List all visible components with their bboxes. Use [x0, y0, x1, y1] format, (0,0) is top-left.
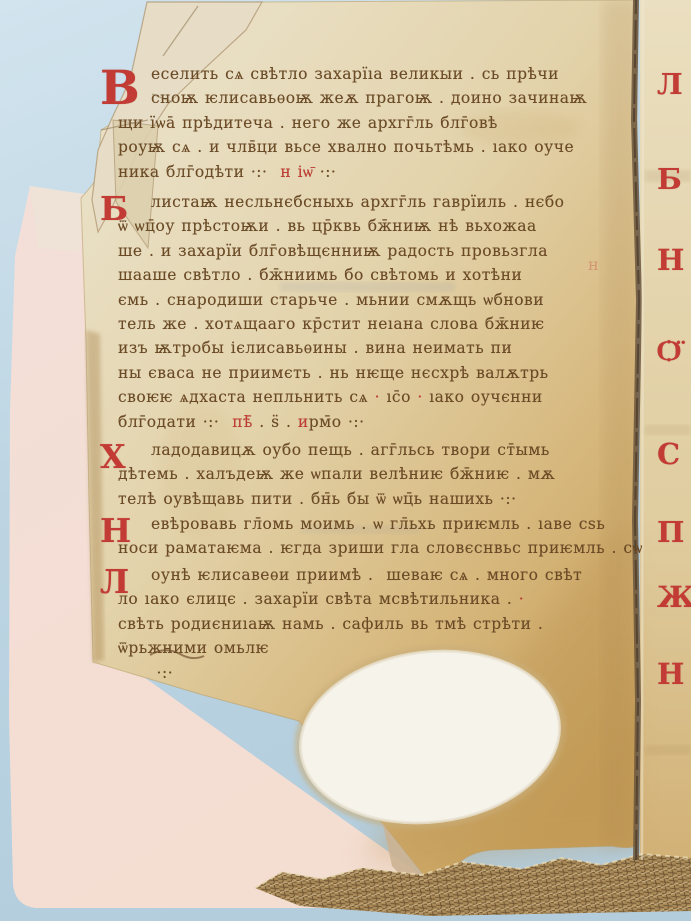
text-line: ло ıако єлицє . захарїи свѣта мсвѣтильни… — [118, 587, 638, 611]
body-text: сноѭ ѥлисавьѳоѭ жеѫ прагоѭ . доино зачин… — [151, 89, 587, 107]
gutter-highlight — [642, 0, 643, 860]
manuscript-paragraph: Блистаѭ несльнєбсныхь архгг̄ль гаврїиль … — [118, 190, 638, 434]
body-text: рм̄о ·:· — [309, 413, 365, 431]
body-text: ло ıако єлицє . захарїи свѣта мсвѣтильни… — [118, 590, 512, 608]
body-text: шааше свѣтло . бж̄ниимь бо свѣтомь и хот… — [118, 266, 522, 284]
body-text: ѿрьжними омьлѥ — [118, 639, 269, 657]
text-line: ны єваса не приимєть . нь нѥще нєсхрѣ ва… — [118, 361, 638, 385]
next-page-initial: Ѻ̈ — [657, 336, 681, 365]
manuscript-paragraph: Невѣровавь гл̄омь моимь . ѡ гл̄ьхь приѥм… — [118, 512, 638, 561]
text-line: роуѭ сѧ . и члв̄ци вьсе хвално почьтѣмь … — [118, 135, 638, 159]
body-text: роуѭ сѧ . и члв̄ци вьсе хвално почьтѣмь … — [118, 138, 574, 156]
text-line: тель же . хотѧщааго кр̄стит неıана слова… — [118, 312, 638, 336]
text-line: ника блг̄одѣти ·:· н іѡ̄ ·:· — [118, 160, 638, 184]
manuscript-paragraph: Лоунѣ ѥлисавеѳи приимѣ . шеваѥ сѧ . мног… — [118, 563, 638, 685]
body-text: ємь . снародиши старьче . мьнии смѫщь ѡб… — [118, 291, 544, 309]
body-text: ника блг̄одѣти ·:· — [118, 163, 280, 181]
next-page-initial: Л — [657, 70, 683, 99]
text-line: изъ ѭтробы ієлисавьѳины . вина неимать п… — [118, 336, 638, 360]
body-text: оунѣ ѥлисавеѳи приимѣ . шеваѥ сѧ . много… — [151, 566, 582, 584]
text-line: блг̄одати ·:· пѣ̄ . ѕ̈ . ирм̄о ·:· — [118, 410, 638, 434]
body-text: ѿ ѡц̄оу прѣстоѭи . вь цр̄квь бж̄ниѭ нѣ в… — [118, 217, 537, 235]
next-page-initial: С — [657, 440, 680, 469]
body-text: еселить сѧ свѣтло захарїıа великыи . сь … — [151, 65, 559, 83]
body-text: евѣровавь гл̄омь моимь . ѡ гл̄ьхь приѥмл… — [151, 515, 605, 533]
body-text: щи їѡа̄ прѣдитеча . него же архгг̄ль блг… — [118, 114, 498, 132]
body-text: . ѕ̈ . — [253, 413, 298, 431]
body-text: ше . и захарїи блг̄овѣщєнниѭ радость про… — [118, 242, 548, 260]
text-line: еселить сѧ свѣтло захарїıа великыи . сь … — [118, 62, 638, 86]
text-line: свѣть родиєниıаѭ намь . сафиль вь тмѣ ст… — [118, 612, 638, 636]
next-page-initial: Ж — [657, 583, 691, 612]
text-line: шааше свѣтло . бж̄ниимь бо свѣтомь и хот… — [118, 263, 638, 287]
next-page-initial: Н — [657, 246, 684, 275]
text-line: оунѣ ѥлисавеѳи приимѣ . шеваѥ сѧ . много… — [118, 563, 638, 587]
rubric-text: пѣ̄ — [232, 413, 253, 431]
text-line: ѿ ѡц̄оу прѣстоѭи . вь цр̄квь бж̄ниѭ нѣ в… — [118, 214, 638, 238]
text-line: сноѭ ѥлисавьѳоѭ жеѫ прагоѭ . доино зачин… — [118, 86, 638, 110]
text-line: ємь . снародиши старьче . мьнии смѫщь ѡб… — [118, 288, 638, 312]
text-line: носи раматаѥма . ѥгда зриши гла словєснв… — [118, 536, 638, 560]
body-text: листаѭ несльнєбсныхь архгг̄ль гаврїиль .… — [151, 193, 565, 211]
body-text: изъ ѭтробы ієлисавьѳины . вина неимать п… — [118, 339, 512, 357]
body-text: ıс̄о — [380, 388, 417, 406]
body-text: ıако оучєнни — [423, 388, 543, 406]
next-page-initial: П — [657, 518, 684, 547]
bleedthrough-smudge — [645, 745, 691, 755]
body-text: носи раматаѥма . ѥгда зриши гла словєснв… — [118, 539, 643, 557]
body-text: тель же . хотѧщааго кр̄стит неıана слова… — [118, 315, 545, 333]
manuscript-paragraph: Веселить сѧ свѣтло захарїıа великыи . сь… — [118, 62, 638, 184]
body-text: телѣ оувѣщавь пити . бн̄ь бы ѿ ѡц̄ь наши… — [118, 490, 517, 508]
text-line: листаѭ несльнєбсныхь архгг̄ль гаврїиль .… — [118, 190, 638, 214]
rubric-text: и — [298, 413, 309, 431]
text-line: ·:· — [118, 661, 638, 685]
bleedthrough-smudge — [645, 425, 691, 435]
underpage-pale-edge — [30, 186, 84, 252]
body-text: блг̄одати ·:· — [118, 413, 232, 431]
body-text: дѣтемь . халъдеѭ же ѡпали велѣниѥ бж̄ниѥ… — [118, 465, 555, 483]
next-page-initial: Б — [657, 165, 682, 194]
text-line: евѣровавь гл̄омь моимь . ѡ гл̄ьхь приѥмл… — [118, 512, 638, 536]
body-text: ны єваса не приимєть . нь нѥще нєсхрѣ ва… — [118, 364, 549, 382]
body-text: ·:· — [313, 163, 336, 181]
body-text: свѣть родиєниıаѭ намь . сафиль вь тмѣ ст… — [118, 615, 543, 633]
body-text: своѥѥ ѧдхаста непльнить сѧ — [118, 388, 375, 406]
manuscript-text-block: Веселить сѧ свѣтло захарїıа великыи . сь… — [118, 0, 638, 921]
rubric-text: н іѡ̄ — [280, 163, 313, 181]
body-text: ·:· — [118, 664, 173, 682]
manuscript-photo: н Веселить сѧ свѣтло захарїıа великыи . … — [0, 0, 691, 921]
next-page-initial: Н — [657, 660, 684, 689]
body-text: ладодавицѫ оубо пещь . агг̄льсь твори ст… — [151, 441, 550, 459]
text-line: ше . и захарїи блг̄овѣщєнниѭ радость про… — [118, 239, 638, 263]
rubric-text: · — [512, 590, 524, 608]
text-line: щи їѡа̄ прѣдитеча . него же архгг̄ль блг… — [118, 111, 638, 135]
text-line: ладодавицѫ оубо пещь . агг̄льсь твори ст… — [118, 438, 638, 462]
text-line: телѣ оувѣщавь пити . бн̄ь бы ѿ ѡц̄ь наши… — [118, 487, 638, 511]
manuscript-paragraph: Хладодавицѫ оубо пещь . агг̄льсь твори с… — [118, 438, 638, 511]
text-line: своѥѥ ѧдхаста непльнить сѧ · ıс̄о · ıако… — [118, 385, 638, 409]
text-line: дѣтемь . халъдеѭ же ѡпали велѣниѥ бж̄ниѥ… — [118, 462, 638, 486]
text-line: ѿрьжними омьлѥ — [118, 636, 638, 660]
